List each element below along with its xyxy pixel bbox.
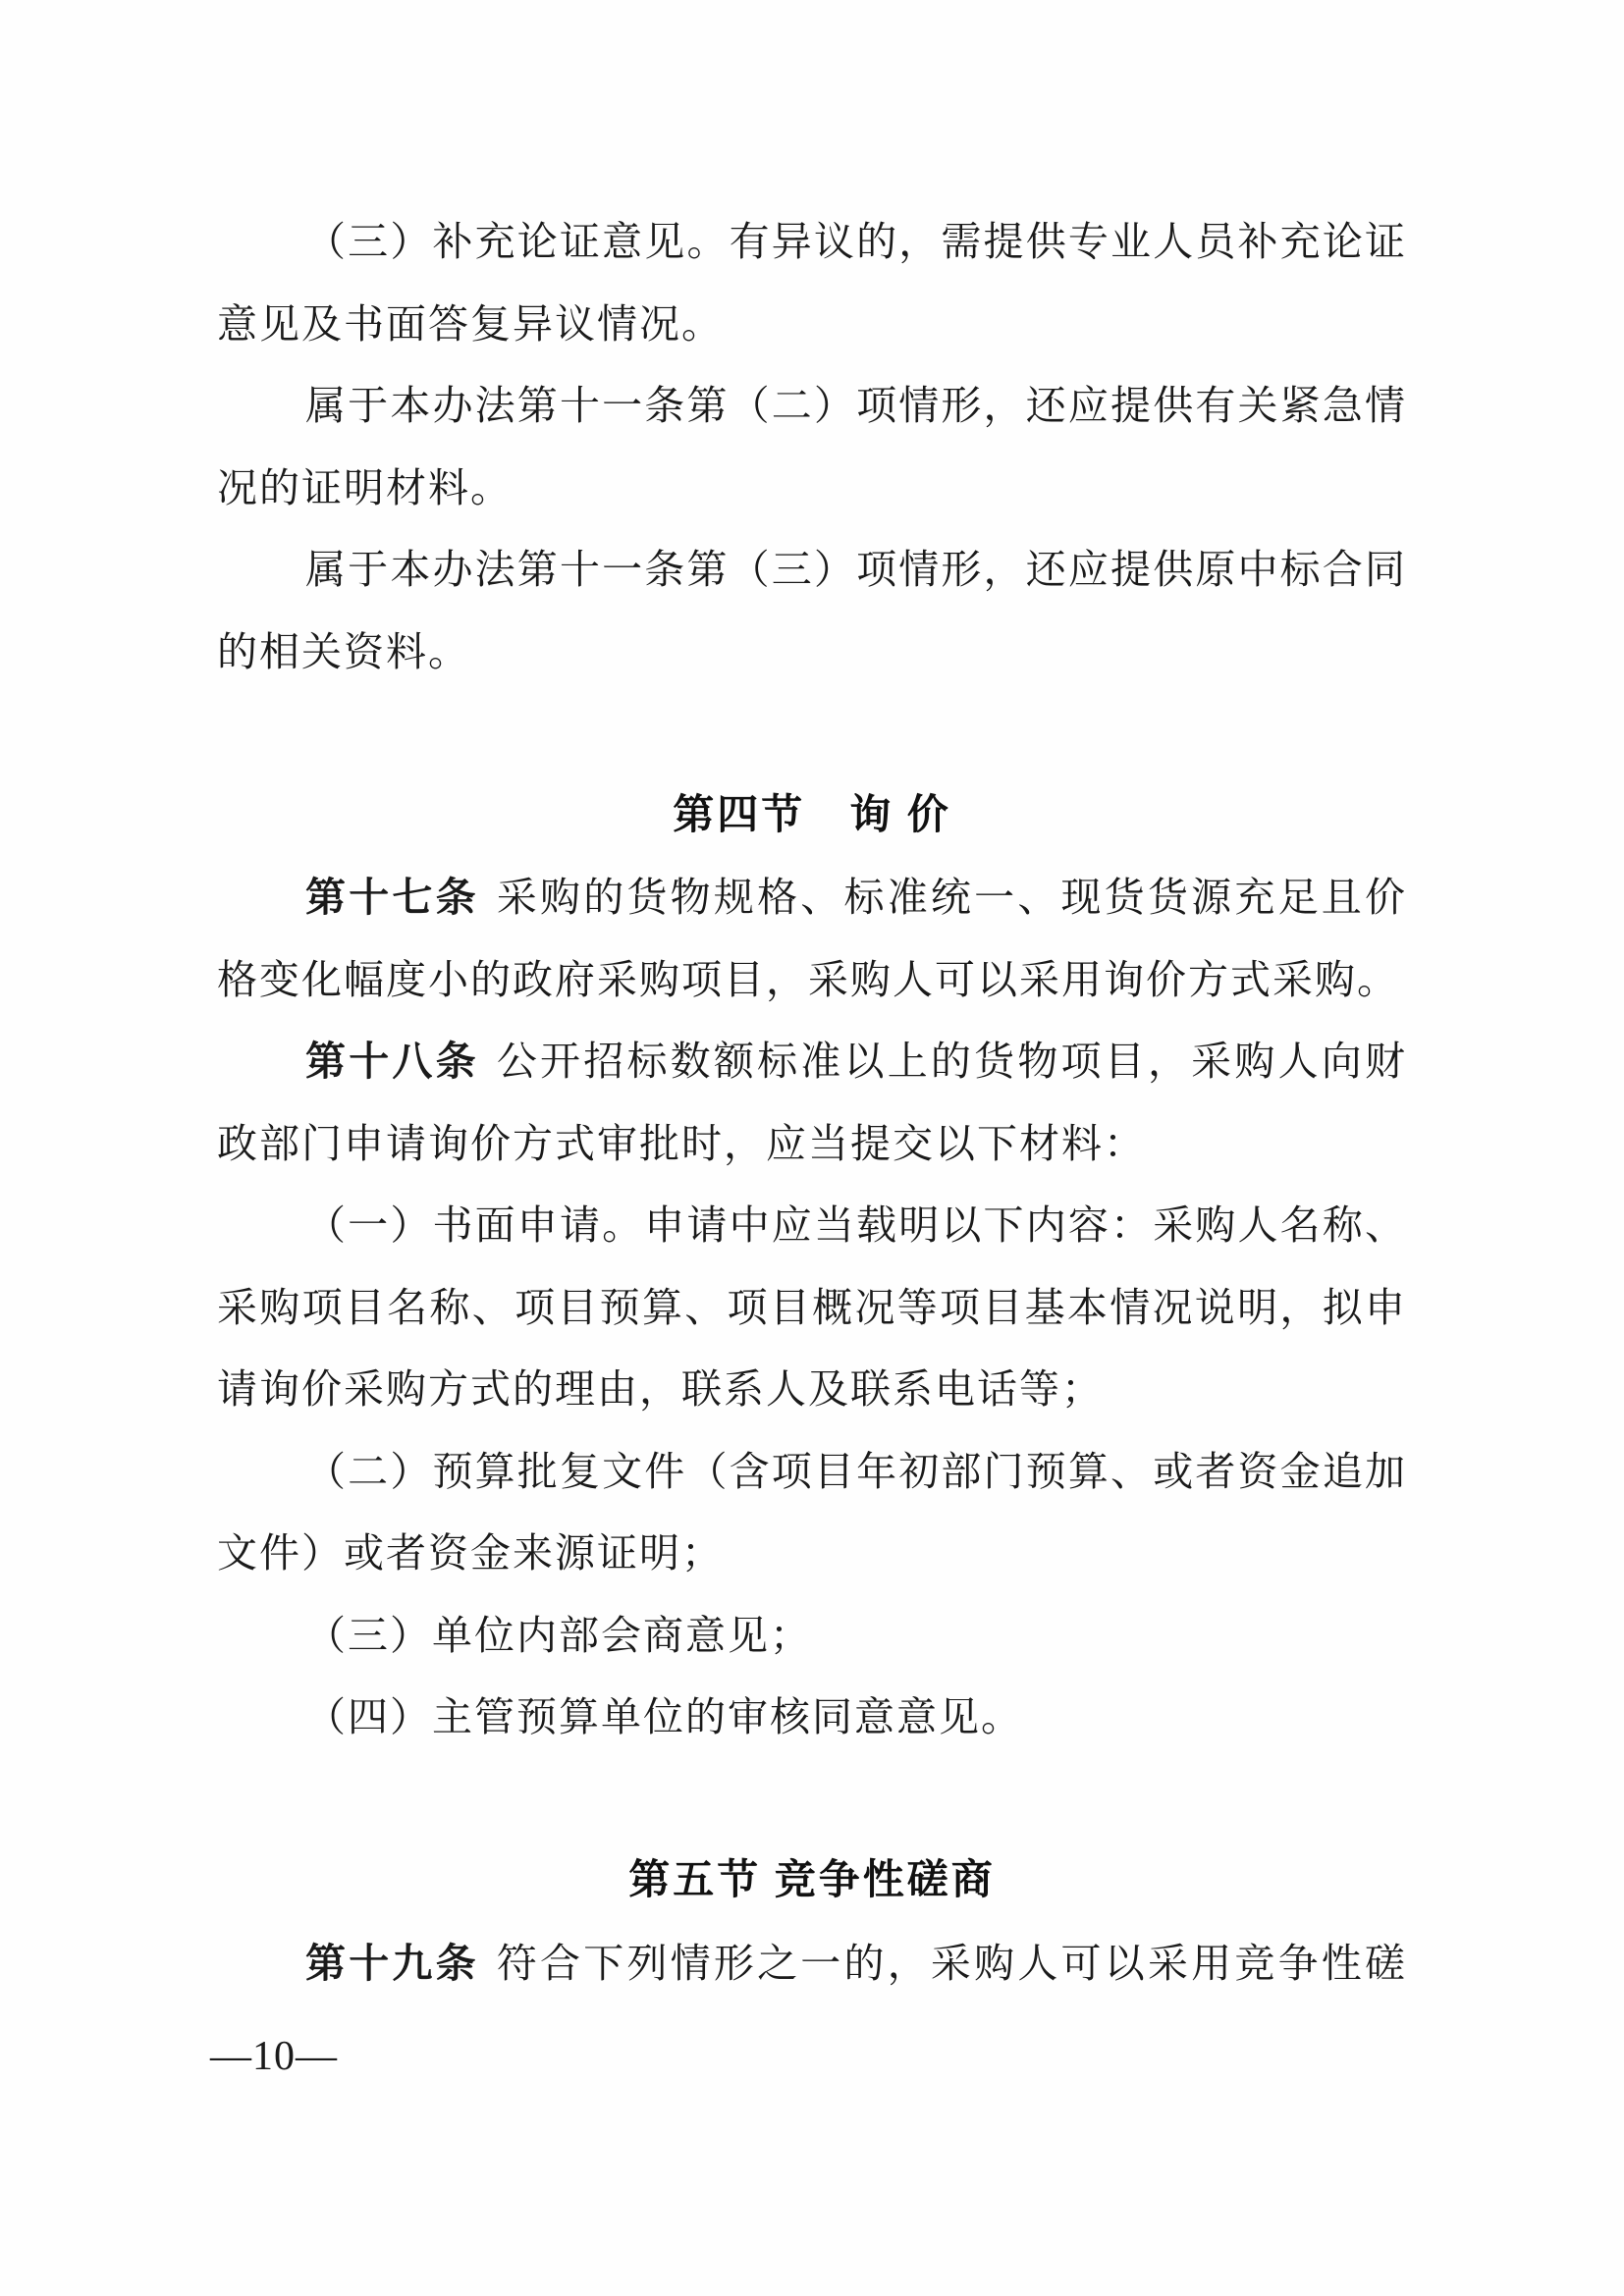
paragraph-supplement-opinion: （三）补充论证意见。有异议的，需提供专业人员补充论证意见及书面答复异议情况。 (217, 201, 1407, 365)
document-content: （三）补充论证意见。有异议的，需提供专业人员补充论证意见及书面答复异议情况。 属… (217, 201, 1407, 2004)
paragraph-clause2-materials: 属于本办法第十一条第（二）项情形，还应提供有关紧急情况的证明材料。 (217, 365, 1407, 529)
section-heading-competitive-consultation: 第五节 竞争性磋商 (217, 1841, 1407, 1923)
article-19-number: 第十九条 (305, 1941, 479, 1986)
section-heading-inquiry: 第四节 询 价 (217, 775, 1407, 858)
paragraph-article-19: 第十九条符合下列情形之一的，采购人可以采用竞争性磋 (217, 1923, 1407, 2005)
page-number: —10— (210, 2032, 338, 2081)
paragraph-article-18: 第十八条公开招标数额标准以上的货物项目，采购人向财政部门申请询价方式审批时，应当… (217, 1021, 1407, 1185)
document-page: （三）补充论证意见。有异议的，需提供专业人员补充论证意见及书面答复异议情况。 属… (0, 0, 1624, 2296)
paragraph-item-2-budget-approval: （二）预算批复文件（含项目年初部门预算、或者资金追加文件）或者资金来源证明； (217, 1431, 1407, 1595)
paragraph-item-3-internal-opinion: （三）单位内部会商意见； (217, 1595, 1407, 1678)
paragraph-item-1-written-application: （一）书面申请。申请中应当载明以下内容：采购人名称、采购项目名称、项目预算、项目… (217, 1185, 1407, 1431)
paragraph-clause3-materials: 属于本办法第十一条第（三）项情形，还应提供原中标合同的相关资料。 (217, 529, 1407, 693)
article-18-number: 第十八条 (305, 1039, 479, 1084)
paragraph-article-17: 第十七条采购的货物规格、标准统一、现货货源充足且价格变化幅度小的政府采购项目，采… (217, 857, 1407, 1021)
article-19-text: 符合下列情形之一的，采购人可以采用竞争性磋 (497, 1941, 1407, 1986)
article-17-number: 第十七条 (305, 875, 479, 920)
paragraph-item-4-supervisor-approval: （四）主管预算单位的审核同意意见。 (217, 1677, 1407, 1759)
